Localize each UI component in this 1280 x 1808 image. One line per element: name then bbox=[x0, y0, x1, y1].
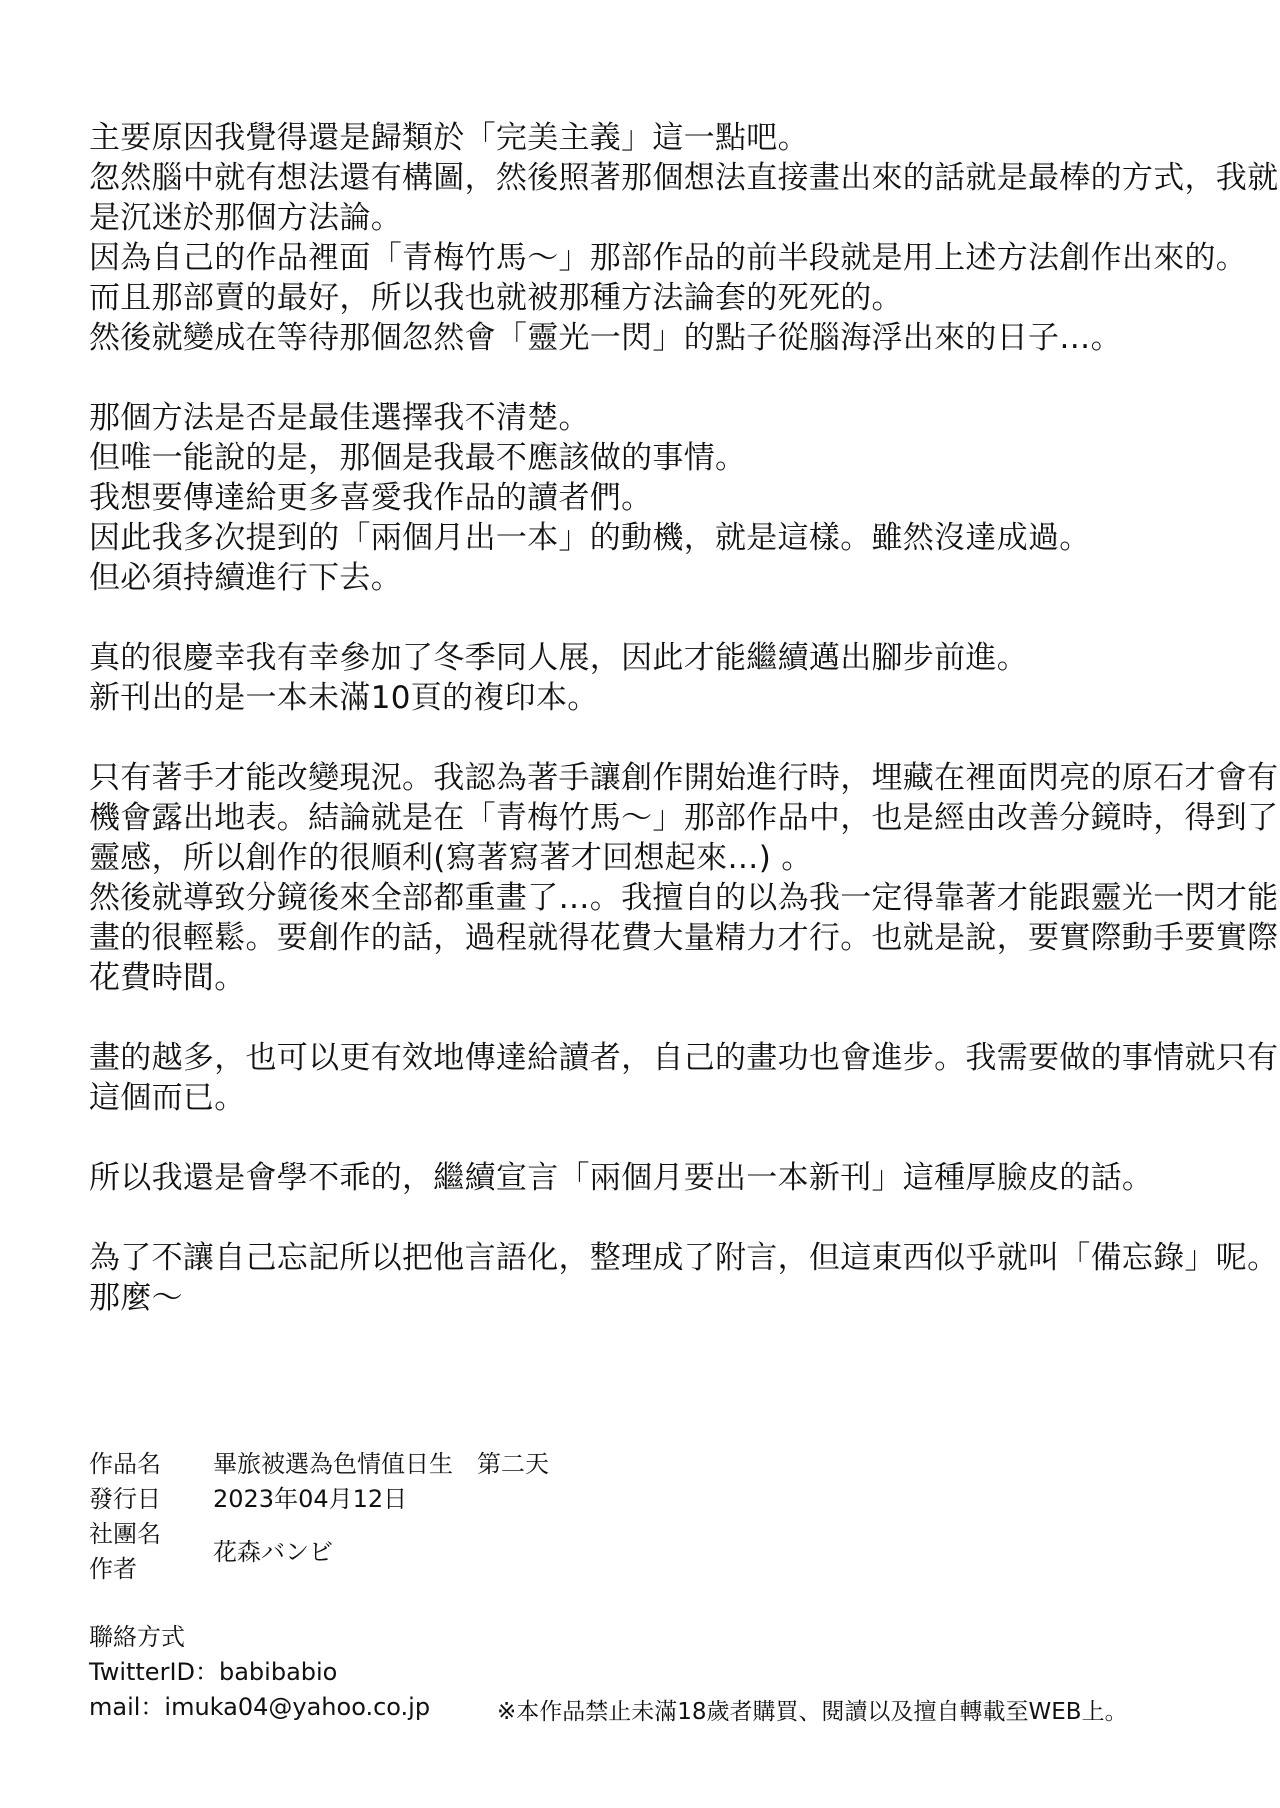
circle-author-value: 花森バンビ bbox=[213, 1535, 333, 1570]
twitter-id: TwitterID：babibabio bbox=[89, 1655, 430, 1690]
contact-info: 聯絡方式 TwitterID：babibabio mail：imuka04@ya… bbox=[89, 1620, 430, 1725]
text-line: 為了不讓自己忘記所以把他言語化，整理成了附言，但這東西似乎就叫「備忘錄」呢。 bbox=[89, 1238, 1229, 1278]
text-line: 新刊出的是一本未滿10頁的複印本。 bbox=[89, 678, 1229, 718]
text-line: 那麼～ bbox=[89, 1278, 1229, 1318]
author-label: 作者 bbox=[89, 1552, 213, 1587]
text-line: 但唯一能說的是，那個是我最不應該做的事情。 bbox=[89, 438, 1229, 478]
text-line: 花費時間。 bbox=[89, 958, 1229, 998]
age-restriction-notice: ※本作品禁止未滿18歲者購買、閱讀以及擅自轉載至WEB上。 bbox=[497, 1695, 1128, 1730]
text-line: 真的很慶幸我有幸參加了冬季同人展，因此才能繼續邁出腳步前進。 bbox=[89, 638, 1229, 678]
mail-address: mail：imuka04@yahoo.co.jp bbox=[89, 1690, 430, 1725]
text-line: 這個而已。 bbox=[89, 1078, 1229, 1118]
contact-heading: 聯絡方式 bbox=[89, 1620, 430, 1655]
paragraph-3: 真的很慶幸我有幸參加了冬季同人展，因此才能繼續邁出腳步前進。 新刊出的是一本未滿… bbox=[89, 638, 1229, 718]
paragraph-5: 畫的越多，也可以更有效地傳達給讀者，自己的畫功也會進步。我需要做的事情就只有 這… bbox=[89, 1038, 1229, 1118]
paragraph-2: 那個方法是否是最佳選擇我不清楚。 但唯一能說的是，那個是我最不應該做的事情。 我… bbox=[89, 398, 1229, 598]
text-line: 機會露出地表。結論就是在「青梅竹馬～」那部作品中，也是經由改善分鏡時，得到了 bbox=[89, 798, 1229, 838]
text-line: 忽然腦中就有想法還有構圖，然後照著那個想法直接畫出來的話就是最棒的方式，我就 bbox=[89, 158, 1229, 198]
afterword-body: 主要原因我覺得還是歸類於「完美主義」這一點吧。 忽然腦中就有想法還有構圖，然後照… bbox=[89, 118, 1229, 1358]
paragraph-6: 所以我還是會學不乖的，繼續宣言「兩個月要出一本新刊」這種厚臉皮的話。 bbox=[89, 1158, 1229, 1198]
text-line: 因此我多次提到的「兩個月出一本」的動機，就是這樣。雖然沒達成過。 bbox=[89, 518, 1229, 558]
date-value: 2023年04月12日 bbox=[213, 1482, 407, 1517]
text-line: 那個方法是否是最佳選擇我不清楚。 bbox=[89, 398, 1229, 438]
text-line: 畫的很輕鬆。要創作的話，過程就得花費大量精力才行。也就是說，要實際動手要實際 bbox=[89, 918, 1229, 958]
title-value: 畢旅被選為色情值日生 第二天 bbox=[213, 1447, 549, 1482]
text-line: 然後就變成在等待那個忽然會「靈光一閃」的點子從腦海浮出來的日子…。 bbox=[89, 318, 1229, 358]
colophon: 作品名 畢旅被選為色情值日生 第二天 發行日 2023年04月12日 社團名 作… bbox=[89, 1447, 549, 1587]
text-line: 靈感，所以創作的很順利(寫著寫著才回想起來…) 。 bbox=[89, 838, 1229, 878]
text-line: 而且那部賣的最好，所以我也就被那種方法論套的死死的。 bbox=[89, 278, 1229, 318]
text-line: 所以我還是會學不乖的，繼續宣言「兩個月要出一本新刊」這種厚臉皮的話。 bbox=[89, 1158, 1229, 1198]
paragraph-1: 主要原因我覺得還是歸類於「完美主義」這一點吧。 忽然腦中就有想法還有構圖，然後照… bbox=[89, 118, 1229, 358]
text-line: 主要原因我覺得還是歸類於「完美主義」這一點吧。 bbox=[89, 118, 1229, 158]
circle-label: 社團名 bbox=[89, 1517, 213, 1552]
colophon-circle-author-row: 社團名 作者 花森バンビ bbox=[89, 1517, 549, 1587]
text-line: 因為自己的作品裡面「青梅竹馬～」那部作品的前半段就是用上述方法創作出來的。 bbox=[89, 238, 1229, 278]
text-line: 我想要傳達給更多喜愛我作品的讀者們。 bbox=[89, 478, 1229, 518]
text-line: 畫的越多，也可以更有效地傳達給讀者，自己的畫功也會進步。我需要做的事情就只有 bbox=[89, 1038, 1229, 1078]
paragraph-4: 只有著手才能改變現況。我認為著手讓創作開始進行時，埋藏在裡面閃亮的原石才會有 機… bbox=[89, 758, 1229, 998]
text-line: 是沉迷於那個方法論。 bbox=[89, 198, 1229, 238]
text-line: 然後就導致分鏡後來全部都重畫了…。我擅自的以為我一定得靠著才能跟靈光一閃才能 bbox=[89, 878, 1229, 918]
title-label: 作品名 bbox=[89, 1447, 213, 1482]
paragraph-7: 為了不讓自己忘記所以把他言語化，整理成了附言，但這東西似乎就叫「備忘錄」呢。 那… bbox=[89, 1238, 1229, 1318]
colophon-title-row: 作品名 畢旅被選為色情值日生 第二天 bbox=[89, 1447, 549, 1482]
colophon-date-row: 發行日 2023年04月12日 bbox=[89, 1482, 549, 1517]
text-line: 只有著手才能改變現況。我認為著手讓創作開始進行時，埋藏在裡面閃亮的原石才會有 bbox=[89, 758, 1229, 798]
date-label: 發行日 bbox=[89, 1482, 213, 1517]
text-line: 但必須持續進行下去。 bbox=[89, 558, 1229, 598]
